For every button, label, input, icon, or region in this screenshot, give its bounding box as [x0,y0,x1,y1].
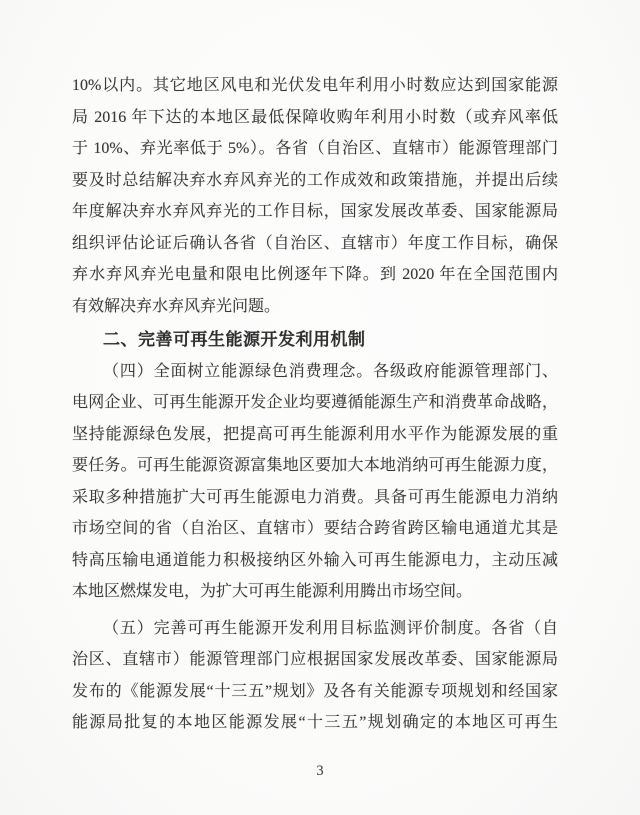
document-body: 10%以内。其它地区风电和光伏发电年利用小时数应达到国家能源 局 2016 年下… [72,70,558,739]
text-line: （五）完善可再生能源开发利用目标监测评价制度。各省（自 [72,613,558,645]
text-line: 电网企业、可再生能源开发企业均要遵循能源生产和消费革命战略， [72,387,558,419]
document-page: 10%以内。其它地区风电和光伏发电年利用小时数应达到国家能源 局 2016 年下… [0,0,640,815]
section-heading: 二、完善可再生能源开发利用机制 [72,324,558,356]
text-line: 有效解决弃水弃风弃光问题。 [72,291,558,323]
page-number: 3 [0,760,640,782]
text-line: 特高压输电通道能力积极接纳区外输入可再生能源电力，主动压减 [72,545,558,577]
paragraph-clause-4: （四）全面树立能源绿色消费理念。各级政府能源管理部门、 电网企业、可再生能源开发… [72,356,558,608]
text-line: 于 10%、弃光率低于 5%）。各省（自治区、直辖市）能源管理部门 [72,133,558,165]
text-line: 10%以内。其它地区风电和光伏发电年利用小时数应达到国家能源 [72,70,558,102]
text-line: 要及时总结解决弃水弃风弃光的工作成效和政策措施，并提出后续 [72,165,558,197]
text-line: 发布的《能源发展“十三五”规划》及各有关能源专项规划和经国家 [72,676,558,708]
text-line: 要任务。可再生能源资源富集地区要加大本地消纳可再生能源力度， [72,450,558,482]
text-line: 采取多种措施扩大可再生能源电力消费。具备可再生能源电力消纳 [72,482,558,514]
text-line: （四）全面树立能源绿色消费理念。各级政府能源管理部门、 [72,356,558,388]
text-line: 弃水弃风弃光电量和限电比例逐年下降。到 2020 年在全国范围内 [72,259,558,291]
paragraph-continuation: 10%以内。其它地区风电和光伏发电年利用小时数应达到国家能源 局 2016 年下… [72,70,558,322]
text-line: 本地区燃煤发电，为扩大可再生能源利用腾出市场空间。 [72,576,558,608]
paragraph-clause-5: （五）完善可再生能源开发利用目标监测评价制度。各省（自 治区、直辖市）能源管理部… [72,613,558,739]
text-line: 局 2016 年下达的本地区最低保障收购年利用小时数（或弃风率低 [72,102,558,134]
text-line: 治区、直辖市）能源管理部门应根据国家发展改革委、国家能源局 [72,644,558,676]
text-line: 坚持能源绿色发展，把提高可再生能源利用水平作为能源发展的重 [72,419,558,451]
text-line: 年度解决弃水弃风弃光的工作目标，国家发展改革委、国家能源局 [72,196,558,228]
text-line: 能源局批复的本地区能源发展“十三五”规划确定的本地区可再生 [72,707,558,739]
text-line: 市场空间的省（自治区、直辖市）要结合跨省跨区输电通道尤其是 [72,513,558,545]
text-line: 组织评估论证后确认各省（自治区、直辖市）年度工作目标，确保 [72,228,558,260]
